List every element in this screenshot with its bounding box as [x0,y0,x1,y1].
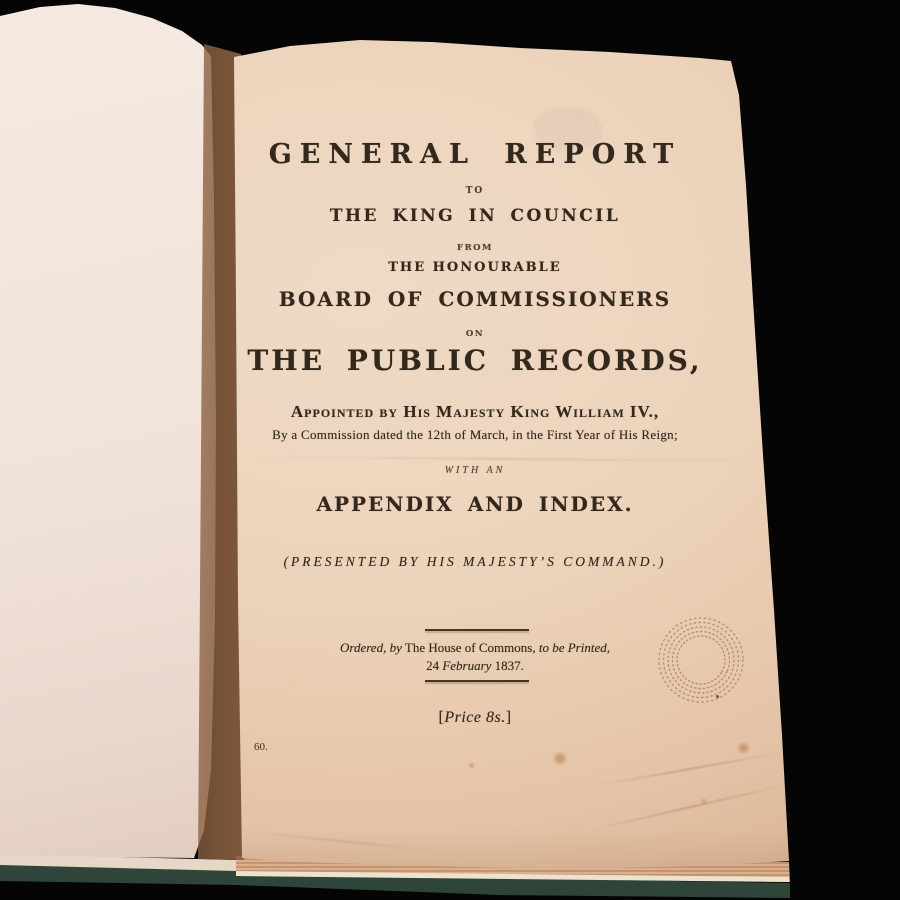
honourable-line: THE HONOURABLE [236,261,714,274]
ordered-italic-a: Ordered, by [340,640,402,655]
with-an-label: WITH AN [236,466,714,476]
to-label: TO [236,187,714,196]
ordered-roman: The House of Commons, [402,640,539,655]
foxing-spot [737,742,750,754]
report-title: GENERAL REPORT [236,141,714,168]
date-year: 1837. [491,658,524,673]
imprint-rule-top [425,629,529,631]
price-line: [Price 8s.] [236,710,714,726]
ordered-italic-b: to be Printed, [539,640,610,655]
title-text-block: GENERAL REPORT TO THE KING IN COUNCIL FR… [236,0,714,900]
date-month: February [442,658,491,673]
book-photograph: GENERAL REPORT TO THE KING IN COUNCIL FR… [0,0,900,900]
price-text: Price 8s. [444,709,505,726]
commission-line: By a Commission dated the 12th of March,… [236,428,714,441]
price-bracket-close: ] [506,709,512,726]
board-line: BOARD OF COMMISSIONERS [236,289,714,309]
ordered-line: Ordered, by The House of Commons, to be … [236,641,714,654]
printer-number: 60. [254,741,268,753]
date-day: 24 [426,658,442,673]
subject-line: THE PUBLIC RECORDS, [236,347,714,375]
appendix-line: APPENDIX AND INDEX. [236,494,714,514]
from-label: FROM [236,244,714,253]
imprint-rule-bottom [425,680,529,682]
appointed-line: Appointed by His Majesty King William IV… [236,403,714,420]
on-label: ON [236,330,714,339]
addressee-line: THE KING IN COUNCIL [236,208,714,225]
presented-line: (PRESENTED BY HIS MAJESTY’S COMMAND.) [236,555,714,569]
imprint-date-line: 24 February 1837. [236,659,714,672]
